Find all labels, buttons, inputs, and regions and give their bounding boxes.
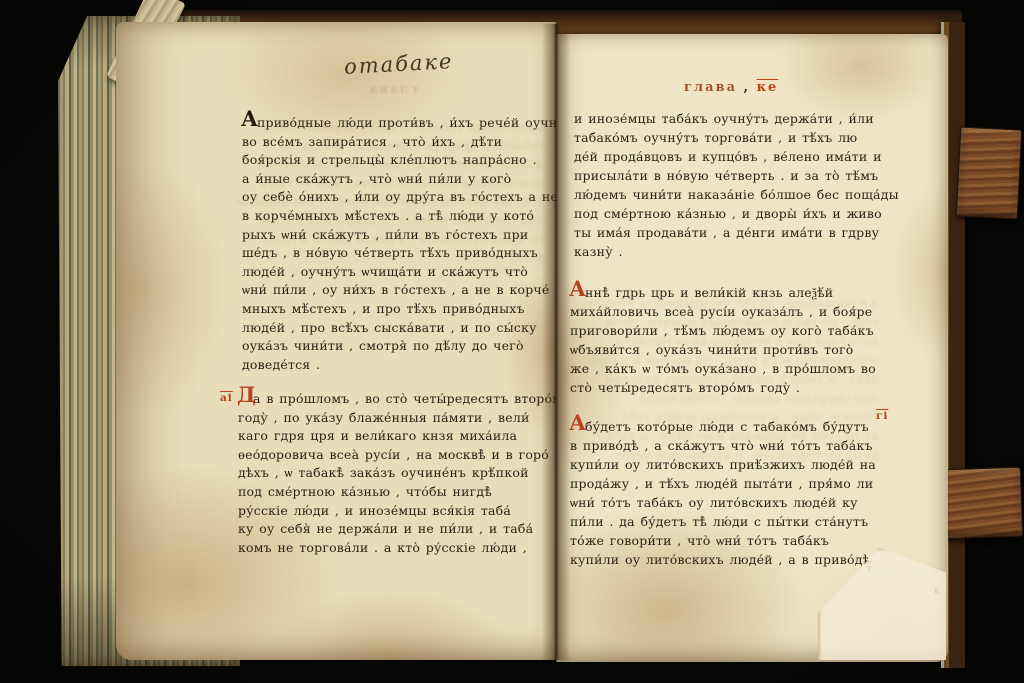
text-line: доведе́тся . [242, 356, 580, 375]
text-line: ѡни́ пи́ли , оу ни́хъ в го́стехъ , а не … [242, 281, 580, 300]
text-line: купи́ли оу лито́вскихъ люде́й , а в прив… [570, 551, 876, 570]
text-line: дѣхъ , ѡ табакѣ̀ зака́зъ оучине́нъ крѣ́п… [572, 370, 878, 389]
text-line: ѳео́доровича всеа̀ русі́и , на москвѣ̀ и… [572, 351, 878, 370]
text-line: ру́сскіе лю́ди , и инозе́мцы вся́кія таб… [572, 408, 878, 427]
text-line: а в про́шломъ , во сто̀ четы́редесятъ вт… [572, 294, 878, 313]
text-line: ѡни́ то́тъ таба́къ оу лито́вскихъ люде́й… [570, 494, 876, 513]
bleedthrough-text: и инозе́мцы таба́къ оучну́тъ держа́ти , … [236, 118, 545, 267]
text-line: под сме́ртною ка́знью , и дворы̀ и́хъ и … [236, 211, 545, 230]
text-line: ру́сскіе лю́ди , и инозе́мцы вся́кія таб… [238, 502, 580, 521]
text-line: под сме́ртною ка́знью , что́бы нигдѣ̀ [238, 483, 580, 502]
chapter-header-comma: , [744, 80, 751, 95]
text-line: мныхъ мѣ́стехъ , и про тѣ́хъ приво́дныхъ [242, 300, 580, 319]
text-line: и инозе́мцы таба́къ оучну́тъ держа́ти , … [236, 118, 545, 137]
text-line: пи́ли . да бу́детъ тѣ̀ лю́ди с пы́тки ст… [570, 513, 876, 532]
left-page: отабаке глава А приво́дные лю́ди проти́в… [116, 22, 556, 660]
text-line: году̀ , по ука́зу блаже́нныя па́мяти , в… [238, 409, 580, 428]
text-line: ты има́я продава́ти , а де́нги има́ти в … [574, 224, 899, 243]
leather-clasp-top [956, 126, 1023, 219]
right-page-paragraph-article11-cont: и инозе́мцы таба́къ оучну́тъ держа́ти , … [574, 110, 899, 262]
text-line: табако́мъ оучну́тъ торгова́ти , и тѣ́хъ … [236, 137, 545, 156]
text-line: ку оу себя̀ не держа́ли и не пи́ли , и т… [572, 427, 878, 446]
text-line: и инозе́мцы таба́къ оучну́тъ держа́ти , … [574, 110, 899, 129]
handwritten-page-title: отабаке [343, 49, 453, 79]
text-line: табако́мъ оучну́тъ торгова́ти , и тѣ́хъ … [574, 129, 899, 148]
leather-clasp-bottom [941, 467, 1023, 540]
text-line: каго гдря цря и вели́каго кнзя миха́ила [238, 427, 580, 446]
text-line: люде́й , про всѣ́хъ сыска́вати , и по сы… [242, 319, 580, 338]
left-page-paragraph-article11: Д а в про́шломъ , во сто̀ четы́редесятъ … [238, 390, 580, 557]
open-book-photo: отабаке глава А приво́дные лю́ди проти́в… [0, 0, 1024, 683]
text-line: лю́демъ чини́ти наказа́ніе бо́лшое бес п… [574, 186, 899, 205]
paragraph-lines: а в про́шломъ , во сто̀ четы́редесятъ вт… [238, 390, 580, 557]
text-line: ѳео́доровича всеа̀ русі́и , на москвѣ̀ и… [238, 446, 580, 465]
text-line: оука́зъ чини́ти , смотря̀ по дѣ́лу до че… [242, 337, 580, 356]
margin-article-number-11: аі [220, 392, 233, 404]
text-line: дѣхъ , ѡ табакѣ̀ зака́зъ оучине́нъ крѣ́п… [238, 464, 580, 483]
text-line: а в про́шломъ , во сто̀ четы́редесятъ вт… [238, 390, 580, 409]
chapter-number: ке [757, 80, 779, 95]
text-line: году̀ , по ука́зу блаже́нныя па́мяти , в… [572, 313, 878, 332]
bleedthrough-chapter-header: глава [368, 82, 418, 96]
text-line: ку оу себя̀ не держа́ли и не пи́ли , и т… [238, 520, 580, 539]
chapter-header-word: глава [684, 80, 737, 95]
text-line: ты има́я продава́ти , а де́нги има́ти в … [236, 230, 545, 249]
paragraph-lines: и инозе́мцы таба́къ оучну́тъ держа́ти , … [574, 110, 899, 262]
text-line: казну̀ . [574, 243, 899, 262]
text-line: присыла́ти в но́вую че́тверть . и за то̀… [574, 167, 899, 186]
text-line: прода́жу , и тѣ́хъ люде́й пыта́ти , пря́… [570, 475, 876, 494]
text-line: де́й прода́вцовъ и купцо́въ , ве́лено им… [574, 148, 899, 167]
paragraph-initial-letter: Д [237, 386, 256, 405]
bleedthrough-text: а в про́шломъ , во сто̀ четы́редесятъ вт… [572, 294, 878, 465]
text-line: казну̀ . [236, 248, 545, 267]
text-line: то́же говори́ти , что̀ ѡни́ то́тъ таба́к… [570, 532, 876, 551]
text-line: комъ не торгова́ли . а кто̀ ру́сскіе лю́… [572, 446, 878, 465]
text-line: под сме́ртною ка́знью , что́бы нигдѣ̀ [572, 389, 878, 408]
text-line: комъ не торгова́ли . а кто̀ ру́сскіе лю́… [238, 539, 580, 558]
book-gutter-shadow [542, 24, 570, 660]
text-line: лю́демъ чини́ти наказа́ніе бо́лшое бес п… [236, 192, 545, 211]
text-line: каго гдря цря и вели́каго кнзя миха́ила [572, 332, 878, 351]
text-line: присыла́ти в но́вую че́тверть . и за то̀… [236, 174, 545, 193]
text-line: де́й прода́вцовъ и купцо́въ , ве́лено им… [236, 155, 545, 174]
text-line: под сме́ртною ка́знью , и дворы̀ и́хъ и … [574, 205, 899, 224]
right-page: глава , ке и инозе́мцы таба́къ оучну́тъ … [556, 34, 948, 662]
chapter-header: глава , ке [684, 80, 778, 95]
